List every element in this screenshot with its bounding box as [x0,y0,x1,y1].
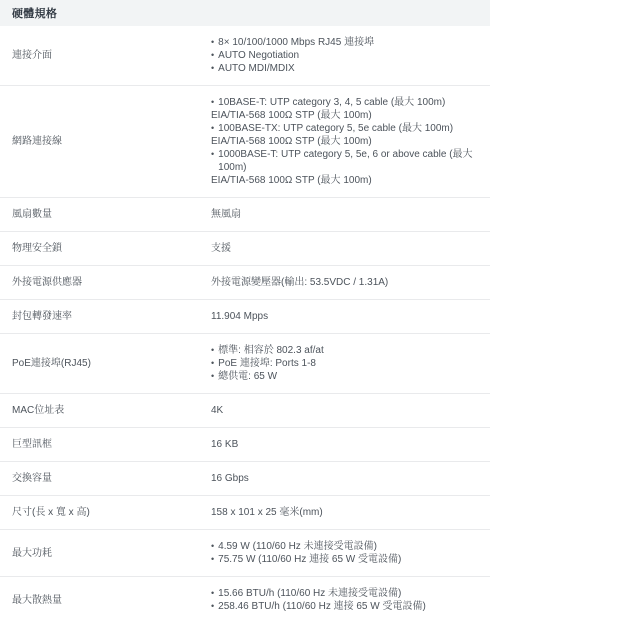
spec-label: 最大散熱量 [12,594,211,607]
spec-value-text: 15.66 BTU/h (110/60 Hz 未連接受電設備) [218,587,401,600]
spec-value-line: 支援 [211,242,231,255]
spec-value-text: 1000BASE-T: UTP category 5, 5e, 6 or abo… [218,148,480,174]
bullet-icon: • [211,370,214,383]
bullet-icon: • [211,540,214,553]
spec-row: 風扇數量 無風扇 [0,198,490,232]
spec-label: 連接介面 [12,49,211,62]
bullet-icon: • [211,344,214,357]
spec-value-line: EIA/TIA-568 100Ω STP (最大 100m) [211,135,480,148]
spec-value: 4K [211,404,233,417]
spec-value-line: 16 KB [211,438,238,451]
spec-row: 外接電源供應器 外接電源變壓器(輸出: 53.5VDC / 1.31A) [0,266,490,300]
spec-value-text: 258.46 BTU/h (110/60 Hz 連接 65 W 受電設備) [218,600,426,613]
bullet-icon: • [211,122,214,135]
bullet-icon: • [211,49,214,62]
spec-value-line: •75.75 W (110/60 Hz 連接 65 W 受電設備) [211,553,401,566]
bullet-icon: • [211,587,214,600]
spec-value-line: •258.46 BTU/h (110/60 Hz 連接 65 W 受電設備) [211,600,426,613]
spec-value-line: EIA/TIA-568 100Ω STP (最大 100m) [211,174,480,187]
spec-value-text: EIA/TIA-568 100Ω STP (最大 100m) [211,135,372,148]
spec-row: MAC位址表 4K [0,394,490,428]
spec-value: •10BASE-T: UTP category 3, 4, 5 cable (最… [211,96,490,187]
spec-row: 最大功耗 •4.59 W (110/60 Hz 未連接受電設備)•75.75 W… [0,530,490,577]
bullet-icon: • [211,36,214,49]
spec-value-text: PoE 連接埠: Ports 1-8 [218,357,316,370]
spec-value-text: 支援 [211,242,231,255]
spec-value-line: 外接電源變壓器(輸出: 53.5VDC / 1.31A) [211,276,388,289]
spec-row: 最大散熱量 •15.66 BTU/h (110/60 Hz 未連接受電設備)•2… [0,577,490,620]
spec-value-text: EIA/TIA-568 100Ω STP (最大 100m) [211,174,372,187]
spec-value-text: 16 KB [211,438,238,451]
spec-value-line: •1000BASE-T: UTP category 5, 5e, 6 or ab… [211,148,480,174]
spec-value-line: EIA/TIA-568 100Ω STP (最大 100m) [211,109,480,122]
spec-value-line: •PoE 連接埠: Ports 1-8 [211,357,324,370]
spec-value-text: AUTO MDI/MDIX [218,62,294,75]
spec-value-text: 16 Gbps [211,472,249,485]
spec-value-text: 4K [211,404,223,417]
bullet-icon: • [211,96,214,109]
spec-label: 外接電源供應器 [12,276,211,289]
spec-value-text: EIA/TIA-568 100Ω STP (最大 100m) [211,109,372,122]
spec-value: 11.904 Mpps [211,310,278,323]
spec-value: 支援 [211,242,241,255]
spec-value-line: 16 Gbps [211,472,249,485]
hardware-spec-table: 硬體規格 連接介面 •8× 10/100/1000 Mbps RJ45 連接埠•… [0,0,490,620]
spec-value-text: 75.75 W (110/60 Hz 連接 65 W 受電設備) [218,553,401,566]
spec-value-text: 10BASE-T: UTP category 3, 4, 5 cable (最大… [218,96,445,109]
spec-row: 巨型訊框 16 KB [0,428,490,462]
spec-value-line: •10BASE-T: UTP category 3, 4, 5 cable (最… [211,96,480,109]
spec-row: 網路連接線 •10BASE-T: UTP category 3, 4, 5 ca… [0,86,490,198]
spec-label: 風扇數量 [12,208,211,221]
spec-label: 巨型訊框 [12,438,211,451]
spec-row: PoE連接埠(RJ45) •標準: 相容於 802.3 af/at•PoE 連接… [0,334,490,394]
spec-value-text: 無風扇 [211,208,241,221]
spec-label: PoE連接埠(RJ45) [12,357,211,370]
spec-label: 交換容量 [12,472,211,485]
spec-label: 最大功耗 [12,547,211,560]
spec-value-line: 11.904 Mpps [211,310,268,323]
spec-value-line: 無風扇 [211,208,241,221]
spec-value-text: 100BASE-TX: UTP category 5, 5e cable (最大… [218,122,453,135]
spec-value-line: 158 x 101 x 25 毫米(mm) [211,506,323,519]
spec-row: 交換容量 16 Gbps [0,462,490,496]
spec-row: 連接介面 •8× 10/100/1000 Mbps RJ45 連接埠•AUTO … [0,26,490,86]
spec-value-text: 11.904 Mpps [211,310,268,323]
spec-value: 外接電源變壓器(輸出: 53.5VDC / 1.31A) [211,276,398,289]
section-header: 硬體規格 [0,0,490,26]
spec-value-text: 4.59 W (110/60 Hz 未連接受電設備) [218,540,377,553]
spec-value-text: 外接電源變壓器(輸出: 53.5VDC / 1.31A) [211,276,388,289]
spec-row: 尺寸(長 x 寬 x 高) 158 x 101 x 25 毫米(mm) [0,496,490,530]
bullet-icon: • [211,600,214,613]
spec-value-text: 8× 10/100/1000 Mbps RJ45 連接埠 [218,36,374,49]
spec-value-line: •AUTO MDI/MDIX [211,62,374,75]
spec-label: 尺寸(長 x 寬 x 高) [12,506,211,519]
spec-value-text: AUTO Negotiation [218,49,299,62]
spec-value-line: •4.59 W (110/60 Hz 未連接受電設備) [211,540,401,553]
spec-value-line: •總供電: 65 W [211,370,324,383]
spec-value-line: •15.66 BTU/h (110/60 Hz 未連接受電設備) [211,587,426,600]
spec-label: 網路連接線 [12,135,211,148]
spec-value-line: •100BASE-TX: UTP category 5, 5e cable (最… [211,122,480,135]
spec-value-line: 4K [211,404,223,417]
spec-label: 封包轉發速率 [12,310,211,323]
bullet-icon: • [211,62,214,75]
section-title: 硬體規格 [12,5,57,21]
bullet-icon: • [211,357,214,370]
spec-value: •標準: 相容於 802.3 af/at•PoE 連接埠: Ports 1-8•… [211,344,334,383]
spec-value-text: 158 x 101 x 25 毫米(mm) [211,506,323,519]
spec-value: •4.59 W (110/60 Hz 未連接受電設備)•75.75 W (110… [211,540,411,566]
spec-value-line: •8× 10/100/1000 Mbps RJ45 連接埠 [211,36,374,49]
spec-value-line: •AUTO Negotiation [211,49,374,62]
spec-value-line: •標準: 相容於 802.3 af/at [211,344,324,357]
spec-value: •8× 10/100/1000 Mbps RJ45 連接埠•AUTO Negot… [211,36,384,75]
spec-value-text: 標準: 相容於 802.3 af/at [218,344,324,357]
bullet-icon: • [211,553,214,566]
spec-value: 無風扇 [211,208,251,221]
spec-value: •15.66 BTU/h (110/60 Hz 未連接受電設備)•258.46 … [211,587,436,613]
spec-value: 16 Gbps [211,472,259,485]
spec-label: MAC位址表 [12,404,211,417]
spec-label: 物理安全鎖 [12,242,211,255]
spec-rows: 連接介面 •8× 10/100/1000 Mbps RJ45 連接埠•AUTO … [0,26,490,620]
spec-row: 封包轉發速率 11.904 Mpps [0,300,490,334]
spec-value: 16 KB [211,438,248,451]
spec-value-text: 總供電: 65 W [218,370,277,383]
spec-row: 物理安全鎖 支援 [0,232,490,266]
bullet-icon: • [211,148,214,161]
spec-value: 158 x 101 x 25 毫米(mm) [211,506,333,519]
